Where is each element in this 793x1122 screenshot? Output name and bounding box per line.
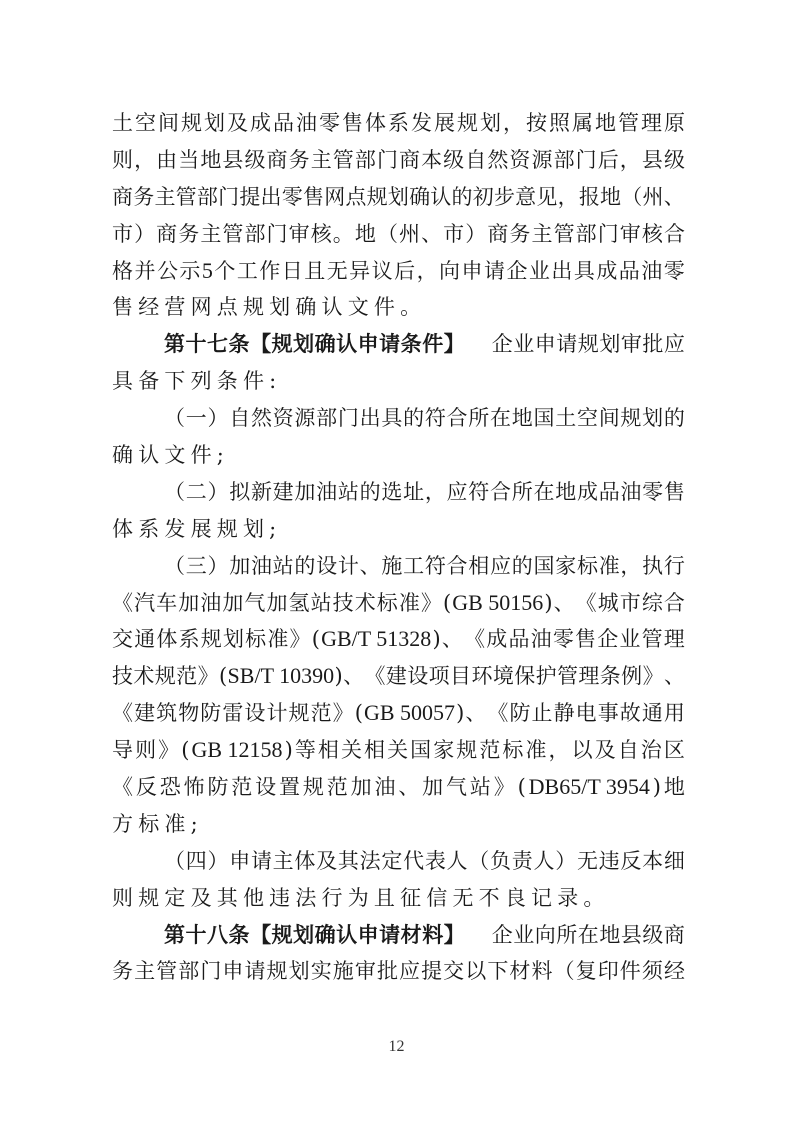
text-char: 站 — [311, 585, 332, 622]
text-line: 售经营网点规划确认文件。 — [112, 289, 685, 326]
text-char: 后 — [598, 142, 619, 179]
text-char: 展 — [191, 511, 212, 548]
text-char: 以 — [465, 953, 486, 990]
text-char: 油 — [296, 105, 317, 142]
text-char: 所 — [556, 917, 577, 954]
text-line: 则规定及其他违法行为且征信无不良记录。 — [112, 880, 685, 917]
text-char: 自 — [229, 400, 250, 437]
text-char: 设 — [407, 658, 428, 695]
line-content: 《汽车加油加气加氢站技术标准》(GB 50156)、《城市综合 — [112, 585, 685, 622]
text-char: 品 — [273, 105, 294, 142]
text-char: 址 — [403, 474, 424, 511]
document-body: 土空间规划及成品油零售体系发展规划，按照属地管理原则，由当地县级商务主管部门商本… — [112, 105, 685, 990]
text-char: ( — [443, 585, 451, 622]
document-page: 土空间规划及成品油零售体系发展规划，按照属地管理原则，由当地县级商务主管部门商本… — [0, 0, 793, 1122]
text-line: 务主管部门申请规划实施审批应提交以下材料（复印件须经 — [112, 953, 685, 990]
text-latin-run: 5 — [202, 253, 213, 290]
text-char: 无 — [452, 880, 473, 917]
text-char: ; — [191, 806, 198, 843]
text-char: 相 — [318, 732, 339, 769]
text-char: 条 — [600, 658, 621, 695]
text-char: 申 — [358, 326, 379, 363]
text-char: 批 — [377, 953, 398, 990]
text-char: 企 — [506, 253, 527, 290]
text-char: 部 — [197, 179, 218, 216]
text-char: 文 — [348, 289, 369, 326]
text-char: 部 — [316, 400, 337, 437]
text-char: 违 — [599, 843, 620, 880]
text-char: 相 — [364, 732, 385, 769]
text-char: 的 — [664, 400, 685, 437]
text-char: 级 — [244, 142, 265, 179]
text-char: 县 — [621, 917, 642, 954]
text-char: 加 — [178, 585, 199, 622]
text-char: 体 — [294, 843, 315, 880]
page-number: 12 — [0, 1038, 793, 1056]
text-char: ) — [285, 732, 293, 769]
text-char: 城 — [598, 585, 619, 622]
text-char: 须 — [642, 953, 663, 990]
text-char: （ — [164, 400, 185, 437]
text-char: 报 — [579, 179, 600, 216]
text-char: 止 — [532, 695, 553, 732]
text-char: 划 — [480, 105, 501, 142]
text-char: 》 — [198, 658, 219, 695]
text-char: 准 — [164, 806, 185, 843]
text-char: 复 — [576, 953, 597, 990]
line-content: 第十七条【规划确认申请条件】企业申请规划审批应 — [164, 326, 685, 363]
line-content: 体系发展规划; — [112, 511, 281, 548]
line-content: 市）商务主管部门审核。地（州、市）商务主管部门审核合 — [112, 216, 685, 253]
article-heading-line: 第十七条【规划确认申请条件】企业申请规划审批应 — [112, 326, 685, 363]
text-char: 违 — [269, 880, 290, 917]
text-char: 加 — [351, 769, 372, 806]
text-char: （ — [621, 179, 642, 216]
text-char: 术 — [355, 585, 376, 622]
text-char: 业 — [513, 326, 534, 363]
text-char: 售 — [303, 179, 324, 216]
text-char: 条 — [401, 326, 422, 363]
text-char: 管 — [156, 953, 177, 990]
text-char: 。 — [400, 289, 421, 326]
text-char: 及 — [227, 105, 248, 142]
text-char: 范 — [311, 695, 332, 732]
line-content: （二）拟新建加油站的选址，应符合所在地成品油零售 — [164, 474, 685, 511]
text-char: 护 — [536, 658, 557, 695]
text-char: 材 — [401, 917, 422, 954]
text-char: ; — [217, 437, 224, 474]
text-char: 《 — [112, 585, 133, 622]
text-char: 地 — [595, 105, 616, 142]
text-char: 成 — [486, 621, 507, 658]
text-char: 。 — [583, 880, 604, 917]
text-char: 请 — [379, 326, 400, 363]
text-char: 体 — [156, 621, 177, 658]
text-char: 选 — [381, 474, 402, 511]
text-char: 具 — [574, 253, 595, 290]
text-char: 认 — [138, 437, 159, 474]
text-char: 雷 — [222, 695, 243, 732]
text-char: 主 — [531, 216, 552, 253]
text-char: 录 — [557, 880, 578, 917]
text-char: 汽 — [134, 585, 155, 622]
text-char: 业 — [529, 253, 550, 290]
text-line: 商务主管部门提出零售网点规划确认的初步意见，报地（州、 — [112, 179, 685, 216]
text-char: 表 — [425, 843, 446, 880]
text-char: 合 — [664, 585, 685, 622]
text-char: 空 — [135, 105, 156, 142]
text-char: 列 — [191, 363, 212, 400]
text-char: 件 — [243, 363, 264, 400]
text-char: 八 — [207, 917, 228, 954]
text-char: 气 — [244, 585, 265, 622]
text-char: ， — [417, 253, 438, 290]
text-char: 门 — [267, 216, 288, 253]
text-char: 施 — [381, 548, 402, 585]
text-char: 议 — [372, 253, 393, 290]
text-char: 请 — [244, 953, 265, 990]
text-char: 十 — [186, 326, 207, 363]
text-char: 国 — [533, 548, 554, 585]
text-char: 则 — [112, 880, 133, 917]
text-char: 印 — [598, 953, 619, 990]
text-char: 》 — [494, 769, 515, 806]
text-char: 规 — [267, 953, 288, 990]
text-char: 理 — [578, 658, 599, 695]
text-char: 的 — [360, 474, 381, 511]
text-char: 请 — [251, 843, 272, 880]
text-char: 气 — [446, 769, 467, 806]
text-char: 无 — [327, 253, 348, 290]
line-content: （四）申请主体及其法定代表人（负责人）无违反本细 — [164, 843, 685, 880]
text-char: ， — [620, 142, 641, 179]
text-char: ） — [207, 400, 228, 437]
text-line: 技术规范》(SB/T 10390)、《建设项目环境保护管理条例》、 — [112, 658, 685, 695]
heading-spacer — [465, 917, 491, 954]
text-char: 《 — [487, 695, 508, 732]
text-char: 部 — [554, 142, 575, 179]
text-char: 理 — [664, 621, 685, 658]
text-char: 用 — [664, 695, 685, 732]
text-char: 其 — [338, 843, 359, 880]
text-char: 标 — [502, 732, 523, 769]
text-char: 规 — [217, 511, 238, 548]
text-char: 门 — [218, 179, 239, 216]
text-char: 的 — [452, 179, 473, 216]
text-char: 确 — [409, 179, 430, 216]
text-char: 他 — [243, 880, 264, 917]
text-char: 市 — [112, 216, 133, 253]
text-char: 项 — [429, 658, 450, 695]
text-char: 照 — [549, 105, 570, 142]
text-char: 范 — [176, 658, 197, 695]
text-char: 》 — [643, 658, 664, 695]
text-char: 营 — [164, 289, 185, 326]
text-char: 品 — [619, 253, 640, 290]
text-char: 规 — [138, 880, 159, 917]
text-char: 经 — [138, 289, 159, 326]
text-latin-run: SB/T 10390 — [228, 658, 335, 695]
text-char: 技 — [333, 585, 354, 622]
text-char: 出 — [551, 253, 572, 290]
text-char: 在 — [490, 400, 511, 437]
text-char: 、 — [343, 658, 364, 695]
text-char: 划 — [204, 105, 225, 142]
text-line: 《汽车加油加气加氢站技术标准》(GB 50156)、《城市综合 — [112, 585, 685, 622]
text-line: 《反恐怖防范设置规范加油、加气站》(DB65/T 3954)地 — [112, 769, 685, 806]
text-char: （ — [164, 548, 185, 585]
text-char: 品 — [599, 474, 620, 511]
text-char: 准 — [599, 548, 620, 585]
text-char: 划 — [388, 179, 409, 216]
text-char: 级 — [664, 142, 685, 179]
text-char: 门 — [377, 142, 398, 179]
text-char: 业 — [513, 917, 534, 954]
text-char: 申 — [222, 953, 243, 990]
text-char: 审 — [621, 326, 642, 363]
text-line: 市）商务主管部门审核。地（州、市）商务主管部门审核合 — [112, 216, 685, 253]
text-char: 格 — [112, 253, 133, 290]
text-char: 成 — [596, 253, 617, 290]
text-char: 细 — [664, 843, 685, 880]
text-char: 企 — [597, 621, 618, 658]
text-char: 主 — [200, 216, 221, 253]
text-char: 、 — [360, 548, 381, 585]
text-latin-run: GB 50156 — [452, 585, 543, 622]
text-char: 《 — [112, 769, 133, 806]
text-char: 下 — [164, 363, 185, 400]
text-char: 信 — [426, 880, 447, 917]
line-content: 土空间规划及成品油零售体系发展规划，按照属地管理原 — [112, 105, 685, 142]
text-char: 务 — [178, 216, 199, 253]
text-char: ， — [503, 105, 524, 142]
text-char: 防 — [207, 769, 228, 806]
text-char: 准 — [525, 732, 546, 769]
text-char: 油 — [620, 474, 641, 511]
text-char: 划 — [599, 326, 620, 363]
text-char: 《 — [364, 658, 385, 695]
text-char: 建 — [273, 474, 294, 511]
text-char: 关 — [387, 732, 408, 769]
text-char: 车 — [156, 585, 177, 622]
text-char: ( — [518, 769, 526, 806]
text-char: 法 — [360, 843, 381, 880]
text-char: 站 — [273, 548, 294, 585]
text-char: 所 — [468, 400, 489, 437]
text-char: 点 — [217, 289, 238, 326]
text-char: 零 — [319, 105, 340, 142]
text-char: 出 — [360, 400, 381, 437]
text-char: 加 — [222, 585, 243, 622]
text-char: 应 — [490, 548, 511, 585]
text-char: 核 — [642, 216, 663, 253]
text-char: 法 — [295, 880, 316, 917]
text-char: 地 — [599, 917, 620, 954]
text-char: 源 — [531, 142, 552, 179]
text-char: 》 — [158, 732, 179, 769]
text-char: 核 — [311, 216, 332, 253]
text-char: ， — [134, 142, 155, 179]
text-char: 加 — [229, 548, 250, 585]
text-char: 日 — [282, 253, 303, 290]
text-latin-run: GB 12158 — [191, 732, 282, 769]
text-char: 务 — [509, 216, 530, 253]
text-char: 设 — [316, 548, 337, 585]
text-char: 土 — [555, 400, 576, 437]
text-char: 由 — [156, 142, 177, 179]
text-char: 合 — [664, 216, 685, 253]
text-char: 拟 — [229, 474, 250, 511]
text-char: 然 — [487, 142, 508, 179]
text-char: 、 — [554, 585, 575, 622]
text-char: 系 — [179, 621, 200, 658]
text-char: 公 — [157, 253, 178, 290]
text-char: 【 — [250, 326, 271, 363]
line-content: 则规定及其他违法行为且征信无不良记录。 — [112, 880, 610, 917]
text-char: 间 — [158, 105, 179, 142]
text-char: 范 — [327, 769, 348, 806]
text-char: 零 — [664, 253, 685, 290]
line-content: 第十八条【规划确认申请材料】企业向所在地县级商 — [164, 917, 685, 954]
text-char: 《 — [112, 695, 133, 732]
text-char: 规 — [456, 732, 477, 769]
line-content: 商务主管部门提出零售网点规划确认的初步意见，报地（州、 — [112, 179, 685, 216]
text-char: 国 — [533, 400, 554, 437]
text-char: 初 — [473, 179, 494, 216]
text-char: 划 — [289, 953, 310, 990]
text-char: 网 — [191, 289, 212, 326]
text-char: 料 — [531, 953, 552, 990]
text-char: 门 — [576, 142, 597, 179]
text-line: 格并公示5个工作日且无异议后，向申请企业出具成品油零 — [112, 253, 685, 290]
text-char: 自 — [465, 142, 486, 179]
text-char: 》 — [421, 585, 442, 622]
text-char: 规 — [181, 105, 202, 142]
text-char: 及 — [191, 880, 212, 917]
text-char: 油 — [641, 253, 662, 290]
text-char: （ — [377, 216, 398, 253]
text-char: 第 — [164, 326, 185, 363]
text-char: 准 — [267, 621, 288, 658]
text-char: 管 — [618, 105, 639, 142]
text-char: 故 — [620, 695, 641, 732]
text-char: 商 — [487, 216, 508, 253]
text-char: 审 — [355, 953, 376, 990]
text-char: 反 — [620, 843, 641, 880]
text-char: 及 — [595, 732, 616, 769]
text-char: 申 — [229, 843, 250, 880]
text-char: 文 — [164, 437, 185, 474]
text-char: 范 — [231, 769, 252, 806]
text-char: 油 — [531, 621, 552, 658]
text-char: 步 — [494, 179, 515, 216]
text-char: 级 — [443, 142, 464, 179]
text-char: 零 — [642, 474, 663, 511]
text-char: 确 — [112, 437, 133, 474]
text-char: 售 — [342, 105, 363, 142]
text-char: 管 — [222, 216, 243, 253]
text-char: 电 — [576, 695, 597, 732]
line-content: 务主管部门申请规划实施审批应提交以下材料（复印件须经 — [112, 953, 685, 990]
text-char: 人 — [447, 843, 468, 880]
text-char: 理 — [641, 105, 662, 142]
text-char: 商 — [156, 216, 177, 253]
text-char: 通 — [642, 695, 663, 732]
text-char: （ — [554, 953, 575, 990]
line-content: 则，由当地县级商务主管部门商本级自然资源部门后，县级 — [112, 142, 685, 179]
text-char: 条 — [229, 917, 250, 954]
text-char: 站 — [338, 474, 359, 511]
text-char: 主 — [311, 142, 332, 179]
text-char: 静 — [554, 695, 575, 732]
text-char: 件 — [374, 289, 395, 326]
text-char: 成 — [250, 105, 271, 142]
text-char: 则 — [135, 732, 156, 769]
text-char: 。 — [333, 216, 354, 253]
text-char: 反 — [136, 769, 157, 806]
text-char: 条 — [217, 363, 238, 400]
text-char: ) — [335, 658, 343, 695]
text-char: 规 — [457, 105, 478, 142]
text-char: 第 — [164, 917, 185, 954]
text-line: 《建筑物防雷设计规范》(GB 50057)、《防止静电事故通用 — [112, 695, 685, 732]
text-char: 地 — [355, 216, 376, 253]
text-char: ) — [653, 769, 661, 806]
text-line: （二）拟新建加油站的选址，应符合所在地成品油零售 — [112, 474, 685, 511]
text-char: 的 — [294, 548, 315, 585]
text-char: 发 — [164, 511, 185, 548]
text-char: 术 — [133, 658, 154, 695]
text-char: 申 — [358, 917, 379, 954]
text-char: 属 — [572, 105, 593, 142]
text-char: 划 — [642, 400, 663, 437]
text-char: 地 — [512, 400, 533, 437]
text-char: 地 — [555, 474, 576, 511]
text-char: 十 — [186, 917, 207, 954]
text-char: 一 — [186, 400, 207, 437]
text-char: 、 — [664, 179, 685, 216]
text-char: 符 — [425, 548, 446, 585]
text-char: 氢 — [289, 585, 310, 622]
line-content: 售经营网点规划确认文件。 — [112, 289, 426, 326]
text-char: 建 — [134, 695, 155, 732]
text-char: 点 — [345, 179, 366, 216]
text-char: 发 — [411, 105, 432, 142]
text-char: 市 — [443, 216, 464, 253]
text-char: 四 — [186, 843, 207, 880]
text-char: 商 — [112, 179, 133, 216]
text-char: （ — [468, 843, 489, 880]
text-char: 间 — [599, 400, 620, 437]
text-char: 门 — [598, 216, 619, 253]
text-line: 导则》(GB 12158)等相关相关国家规范标准，以及自治区 — [112, 732, 685, 769]
text-char: 七 — [207, 326, 228, 363]
text-char: 土 — [112, 105, 133, 142]
text-line: 土空间规划及成品油零售体系发展规划，按照属地管理原 — [112, 105, 685, 142]
line-content: 格并公示5个工作日且无异议后，向申请企业出具成品油零 — [112, 253, 685, 290]
text-char: ） — [465, 216, 486, 253]
text-char: 提 — [421, 953, 442, 990]
text-char: 在 — [578, 917, 599, 954]
text-char: 门 — [200, 953, 221, 990]
text-char: 业 — [619, 621, 640, 658]
text-char: 其 — [217, 880, 238, 917]
text-char: ( — [312, 621, 320, 658]
text-char: 县 — [222, 142, 243, 179]
text-char: （ — [164, 843, 185, 880]
text-char: 且 — [304, 253, 325, 290]
text-char: 良 — [505, 880, 526, 917]
